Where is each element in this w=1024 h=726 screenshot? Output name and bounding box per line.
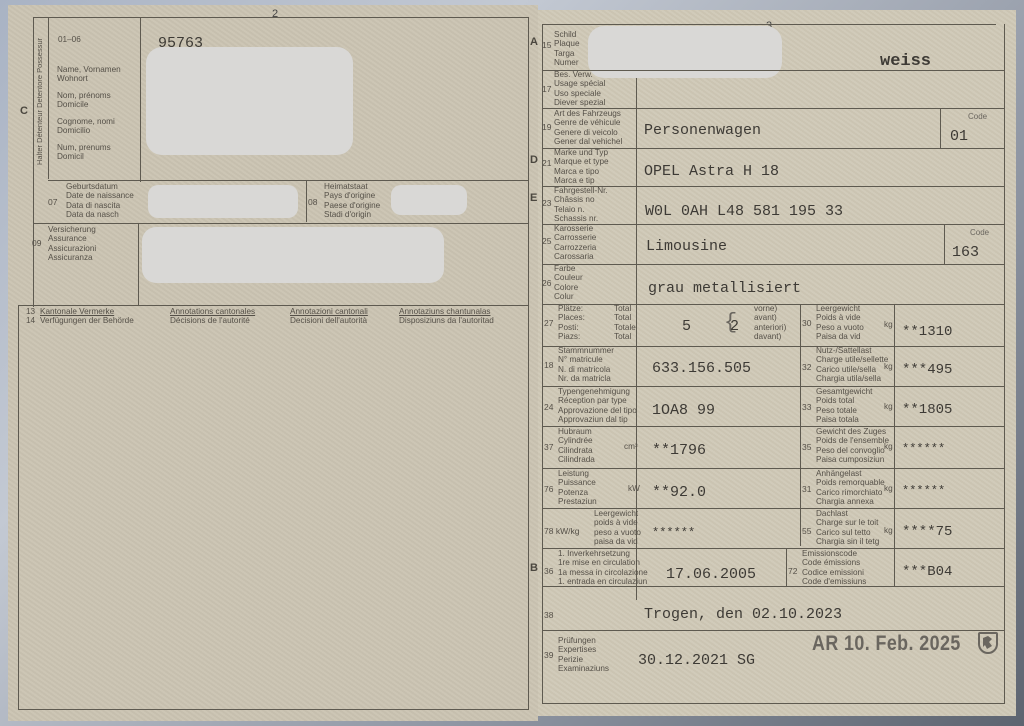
field-number-35: 35	[802, 442, 811, 452]
seats-total-value: 5	[682, 318, 691, 335]
holder-vertical-label: Halter Détenteur Detentore Possessur	[35, 38, 44, 165]
plate-color: weiss	[880, 52, 931, 71]
type-approval-labels: TypengenehmigungRéception par typeApprov…	[558, 387, 637, 425]
section-letter-c: C	[20, 105, 28, 117]
field-number-09: 09	[32, 238, 41, 248]
left-page: 2 C Halter Détenteur Detentore Possessur…	[8, 5, 538, 721]
power-weight-labels: Leergewichtpoids à videpeso a vuotopaisa…	[594, 509, 641, 547]
make-model-value: OPEL Astra H 18	[644, 163, 779, 180]
unit-kg: kg	[884, 442, 893, 451]
matriculation-value: 633.156.505	[652, 360, 751, 377]
coat-of-arms-icon	[978, 632, 998, 654]
page-number: 2	[272, 8, 278, 20]
code-label: Code	[970, 228, 989, 237]
first-registration-value: 17.06.2005	[666, 566, 756, 583]
origin-labels: HeimatstaatPays d'originePaese d'origine…	[324, 182, 380, 220]
trailer-load-value: ******	[902, 484, 945, 498]
unit-kg: kg	[884, 484, 893, 493]
vehicle-type-labels: Art des FahrzeugsGenre de véhiculeGenere…	[554, 109, 622, 147]
field-number-33: 33	[802, 402, 811, 412]
total-weight-labels: GesamtgewichtPoids totalPeso totalePaisa…	[816, 387, 872, 425]
annotation-col-fr: Annotations cantonalesDécisions de l'aut…	[170, 307, 255, 326]
redacted-holder-name	[146, 47, 353, 155]
power-value: **92.0	[652, 484, 706, 501]
displacement-value: **1796	[652, 442, 706, 459]
field-number-26: 26	[542, 278, 551, 288]
train-weight-labels: Gewicht des ZugesPoids de l'ensemblePeso…	[816, 427, 889, 465]
seats-front-labels: vorne)avant)anteriori)davant)	[754, 304, 786, 342]
seats-labels: Plätze:Places:Posti:Piazs:	[558, 304, 585, 342]
field-number-76: 76	[544, 484, 553, 494]
train-weight-value: ******	[902, 442, 945, 456]
roof-load-labels: DachlastCharge sur le toitCarico sul tet…	[816, 509, 879, 547]
field-number-15: 15	[542, 40, 551, 50]
seats-front-value: 2	[730, 318, 739, 335]
redacted-insurance	[142, 227, 444, 283]
body-labels: KarosserieCarrosserieCarrozzeriaCarossar…	[554, 224, 596, 262]
unit-kg: kg	[884, 320, 893, 329]
place-date-value: Trogen, den 02.10.2023	[644, 606, 842, 623]
special-use-labels: Bes. Verw.Usage spécialUso specialeDieve…	[554, 70, 605, 108]
field-number-21: 21	[542, 158, 551, 168]
power-weight-value: ******	[652, 526, 695, 540]
inspections-value: 30.12.2021 SG	[638, 652, 755, 669]
section-letter-a: A	[530, 36, 538, 48]
payload-value: ***495	[902, 362, 952, 378]
field-number-55: 55	[802, 526, 811, 536]
field-number-17: 17	[542, 84, 551, 94]
emission-code-labels: EmissionscodeCode émissionsCodice emissi…	[802, 549, 866, 587]
right-page: 3 A 15 SchildPlaqueTargaNumer weiss 17 B…	[538, 10, 1016, 716]
power-labels: LeistungPuissancePotenzaPrestaziun	[558, 469, 597, 507]
field-number-78: 78 kW/kg	[544, 526, 579, 536]
vehicle-type-value: Personenwagen	[644, 122, 761, 139]
color-value: grau metallisiert	[648, 280, 801, 297]
payload-labels: Nutz-/SattellastCharge utile/selletteCar…	[816, 346, 888, 384]
field-number-08: 08	[308, 197, 317, 207]
body-code: 163	[952, 244, 979, 261]
matriculation-labels: StammnummerN° matriculeN. di matricolaNr…	[558, 346, 614, 384]
roof-load-value: ****75	[902, 524, 952, 540]
holder-label-fr: Nom, prénomsDomicile	[57, 91, 111, 110]
unit-kg: kg	[884, 526, 893, 535]
annotation-col-it: Annotazioni cantonaliDecisioni dell'auto…	[290, 307, 368, 326]
code-label: Code	[968, 112, 987, 121]
total-weight-value: **1805	[902, 402, 952, 418]
field-range: 01–06	[58, 35, 81, 44]
unit-kw: kW	[628, 484, 640, 493]
insurance-labels: VersicherungAssuranceAssicurazioniAssicu…	[48, 225, 96, 263]
holder-label-it: Cognome, nomiDomicilio	[57, 117, 115, 136]
type-approval-value: 1OA8 99	[652, 402, 715, 419]
field-number-72: 72	[788, 566, 797, 576]
empty-weight-labels: LeergewichtPoids à videPeso a vuotoPaisa…	[816, 304, 864, 342]
first-registration-labels: 1. Inverkehrsetzung1re mise en circulati…	[558, 549, 648, 587]
seats-total-labels: TotalTotalTotaleTotal	[614, 304, 636, 342]
field-number-36: 36	[544, 566, 553, 576]
field-number-32: 32	[802, 362, 811, 372]
unit-kg: kg	[884, 362, 893, 371]
field-number-31: 31	[802, 484, 811, 494]
plate-labels: SchildPlaqueTargaNumer	[554, 30, 580, 68]
chassis-labels: Fahrgestell-Nr.Châssis noTelaio n.Schass…	[554, 186, 608, 224]
body-value: Limousine	[646, 238, 727, 255]
field-number-30: 30	[802, 318, 811, 328]
empty-weight-value: **1310	[902, 324, 952, 340]
displacement-labels: HubraumCylindréeCilindrataCilindrada	[558, 427, 595, 465]
emission-code-value: ***B04	[902, 564, 952, 580]
field-number-24: 24	[544, 402, 553, 412]
unit-cm3: cm³	[624, 442, 638, 451]
color-labels: FarbeCouleurColoreColur	[554, 264, 583, 302]
chassis-value: W0L 0AH L48 581 195 33	[645, 203, 843, 220]
field-number-07: 07	[48, 197, 57, 207]
make-model-labels: Marke und TypMarque et typeMarca e tipoM…	[554, 148, 609, 186]
field-number-38: 38	[544, 610, 553, 620]
birthdate-labels: GeburtsdatumDate de naissanceData di nas…	[66, 182, 134, 220]
field-number-27: 27	[544, 318, 553, 328]
redacted-origin	[391, 185, 467, 215]
trailer-load-labels: AnhängelastPoids remorquableCarico rimor…	[816, 469, 885, 507]
field-number-19: 19	[542, 122, 551, 132]
section-letter-e: E	[530, 192, 537, 204]
holder-label-rm: Num, prenumsDomicil	[57, 143, 111, 162]
annotation-numbers: 1314	[26, 307, 35, 326]
unit-kg: kg	[884, 402, 893, 411]
field-number-25: 25	[542, 236, 551, 246]
field-number-37: 37	[544, 442, 553, 452]
field-number-18: 18	[544, 360, 553, 370]
annotation-col-rm: Annotaziuns chantunalasDisposiziuns da l…	[399, 307, 494, 326]
inspection-stamp: AR 10. Feb. 2025	[812, 632, 961, 656]
section-letter-b: B	[530, 562, 538, 574]
inspections-labels: PrüfungenExpertisesPerizieExaminaziuns	[558, 636, 609, 674]
field-number-23: 23	[542, 198, 551, 208]
redacted-birthdate	[148, 185, 298, 218]
annotation-col-de: Kantonale VermerkeVerfügungen der Behörd…	[40, 307, 134, 326]
field-number-39: 39	[544, 650, 553, 660]
section-letter-d: D	[530, 154, 538, 166]
holder-label-de: Name, VornamenWohnort	[57, 65, 121, 84]
vehicle-type-code: 01	[950, 128, 968, 145]
